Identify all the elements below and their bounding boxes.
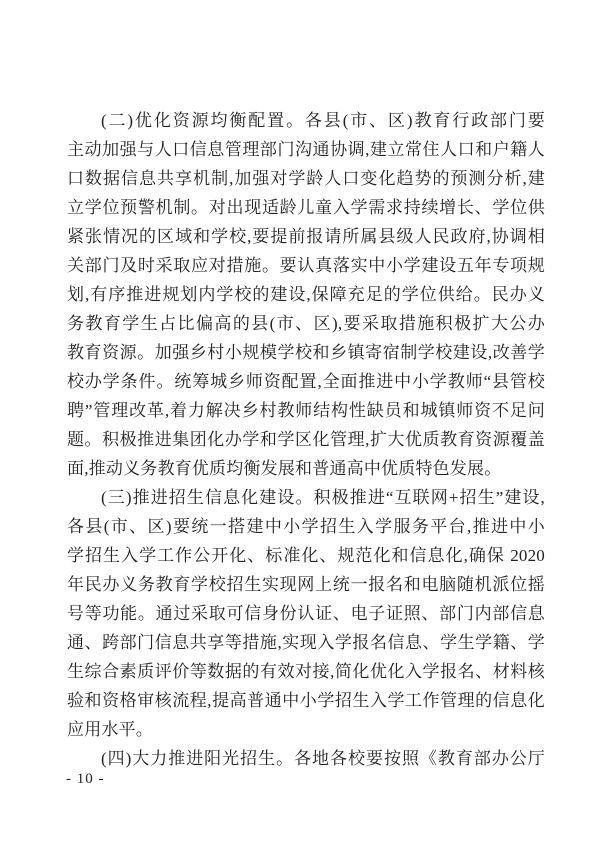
text-line-1: (二)优化资源均衡配置。各县(市、区)教育行政部门要 (67, 106, 545, 135)
text-line-8: 务教育学生占比偏高的县(市、区),要采取措施积极扩大公办 (67, 309, 545, 338)
text-line-9: 教育资源。加强乡村小规模学校和乡镇寄宿制学校建设,改善学 (67, 338, 545, 367)
text-line-7: 划,有序推进规划内学校的建设,保障充足的学位供给。民办义 (67, 280, 545, 309)
page-number: - 10 - (66, 769, 105, 789)
text-line-17: 年民办义务教育学校招生实现网上统一报名和电脑随机派位摇 (67, 570, 545, 599)
text-line-2: 主动加强与人口信息管理部门沟通协调,建立常住人口和户籍人 (67, 135, 545, 164)
text-line-12: 题。积极推进集团化办学和学区化管理,扩大优质教育资源覆盖 (67, 425, 545, 454)
text-line-21: 验和资格审核流程,提高普通中小学招生入学工作管理的信息化 (67, 686, 545, 715)
text-line-23: (四)大力推进阳光招生。各地各校要按照《教育部办公厅 (67, 744, 545, 773)
text-line-22: 应用水平。 (67, 715, 545, 744)
text-line-16: 学招生入学工作公开化、标准化、规范化和信息化,确保 2020 (67, 541, 545, 570)
text-line-3: 口数据信息共享机制,加强对学龄人口变化趋势的预测分析,建 (67, 164, 545, 193)
text-line-14: (三)推进招生信息化建设。积极推进“互联网+招生”建设, (67, 483, 545, 512)
document-body: (二)优化资源均衡配置。各县(市、区)教育行政部门要主动加强与人口信息管理部门沟… (67, 106, 545, 773)
document-page: (二)优化资源均衡配置。各县(市、区)教育行政部门要主动加强与人口信息管理部门沟… (0, 0, 611, 864)
text-line-4: 立学位预警机制。对出现适龄儿童入学需求持续增长、学位供给 (67, 193, 545, 222)
text-line-13: 面,推动义务教育优质均衡发展和普通高中优质特色发展。 (67, 454, 545, 483)
text-line-19: 通、跨部门信息共享等措施,实现入学报名信息、学生学籍、学 (67, 628, 545, 657)
text-line-11: 聘”管理改革,着力解决乡村教师结构性缺员和城镇师资不足问 (67, 396, 545, 425)
text-line-6: 关部门及时采取应对措施。要认真落实中小学建设五年专项规 (67, 251, 545, 280)
text-line-5: 紧张情况的区域和学校,要提前报请所属县级人民政府,协调相 (67, 222, 545, 251)
text-line-18: 号等功能。通过采取可信身份认证、电子证照、部门内部信息互 (67, 599, 545, 628)
text-line-15: 各县(市、区)要统一搭建中小学招生入学服务平台,推进中小 (67, 512, 545, 541)
text-line-20: 生综合素质评价等数据的有效对接,简化优化入学报名、材料核 (67, 657, 545, 686)
text-line-10: 校办学条件。统筹城乡师资配置,全面推进中小学教师“县管校 (67, 367, 545, 396)
